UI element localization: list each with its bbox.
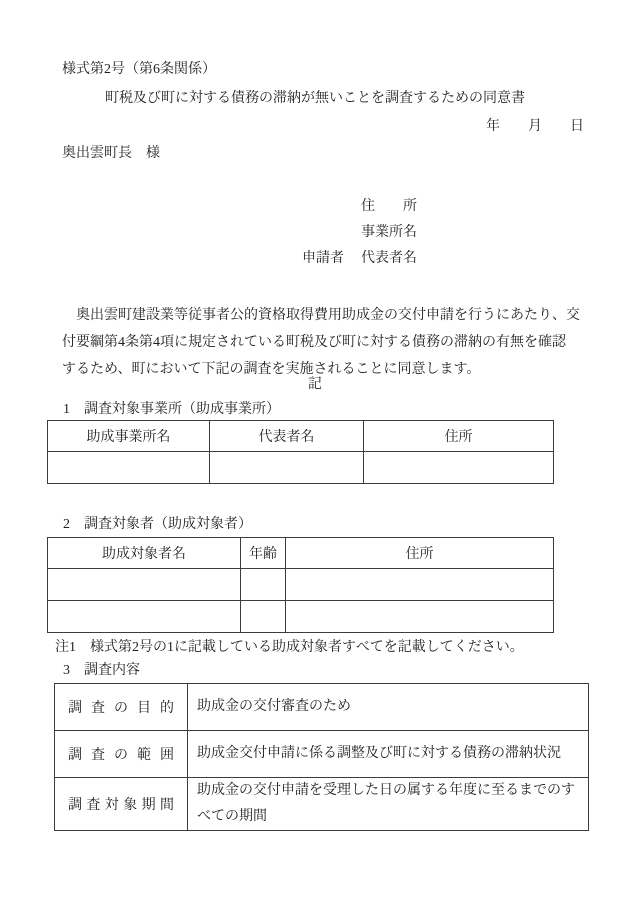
section2-heading: 2 調査対象者（助成対象者）: [63, 517, 252, 533]
survey-period-label: 調査対象期間: [55, 778, 188, 831]
addressee: 奥出雲町長 様: [62, 146, 160, 162]
table-cell: [48, 601, 241, 633]
body-paragraph: 奥出雲町建設業等従事者公的資格取得費用助成金の交付申請を行うにあたり、交 付要綱…: [62, 302, 582, 383]
table-row: [48, 601, 554, 633]
table-cell: [241, 601, 286, 633]
table-row: [48, 569, 554, 601]
table-header-cell: 住所: [364, 421, 554, 452]
survey-purpose-value: 助成金の交付審査のため: [188, 684, 589, 731]
list-marker: 記: [0, 377, 630, 393]
survey-purpose-label: 調査の目的: [55, 684, 188, 731]
applicant-representative-label: 代表者名: [361, 251, 417, 267]
table-row: 調査対象期間 助成金の交付申請を受理した日の属する年度に至るまでのすべての期間: [55, 778, 589, 831]
applicant-label: 申請者: [302, 251, 344, 267]
section3-heading: 3 調査内容: [63, 663, 140, 679]
body-line: 奥出雲町建設業等従事者公的資格取得費用助成金の交付申請を行うにあたり、交: [62, 302, 582, 329]
body-line: 付要綱第4条第4項に規定されている町税及び町に対する債務の滞納の有無を確認: [62, 329, 582, 356]
note-line: 注1 様式第2号の1に記載している助成対象者すべてを記載してください。: [55, 640, 524, 656]
table-cell: [286, 569, 554, 601]
section1-heading: 1 調査対象事業所（助成事業所）: [63, 402, 280, 418]
table-cell: [48, 569, 241, 601]
table-header-cell: 年齢: [241, 538, 286, 569]
table-row: [48, 452, 554, 484]
table-header-cell: 代表者名: [210, 421, 364, 452]
applicant-address-label: 住 所: [361, 199, 417, 215]
table-header-cell: 助成事業所名: [48, 421, 210, 452]
target-person-table: 助成対象者名 年齢 住所: [47, 537, 554, 633]
table-row: 調査の目的 助成金の交付審査のため: [55, 684, 589, 731]
survey-scope-value: 助成金交付申請に係る調整及び町に対する債務の滞納状況: [188, 731, 589, 778]
date-line: 年 月 日: [486, 119, 584, 135]
table-cell: [286, 601, 554, 633]
survey-scope-label: 調査の範囲: [55, 731, 188, 778]
table-cell: [364, 452, 554, 484]
document-title: 町税及び町に対する債務の滞納が無いことを調査するための同意書: [0, 91, 630, 107]
table-cell: [241, 569, 286, 601]
applicant-business-name-label: 事業所名: [361, 225, 417, 241]
table-header-cell: 住所: [286, 538, 554, 569]
table-header-row: 助成対象者名 年齢 住所: [48, 538, 554, 569]
survey-period-value: 助成金の交付申請を受理した日の属する年度に至るまでのすべての期間: [188, 778, 589, 831]
table-header-cell: 助成対象者名: [48, 538, 241, 569]
form-number: 様式第2号（第6条関係）: [62, 62, 216, 78]
survey-content-table: 調査の目的 助成金の交付審査のため 調査の範囲 助成金交付申請に係る調整及び町に…: [54, 683, 589, 831]
table-header-row: 助成事業所名 代表者名 住所: [48, 421, 554, 452]
table-cell: [210, 452, 364, 484]
consent-form-page: 様式第2号（第6条関係） 町税及び町に対する債務の滞納が無いことを調査するための…: [0, 0, 630, 903]
table-row: 調査の範囲 助成金交付申請に係る調整及び町に対する債務の滞納状況: [55, 731, 589, 778]
business-office-table: 助成事業所名 代表者名 住所: [47, 420, 554, 484]
table-cell: [48, 452, 210, 484]
